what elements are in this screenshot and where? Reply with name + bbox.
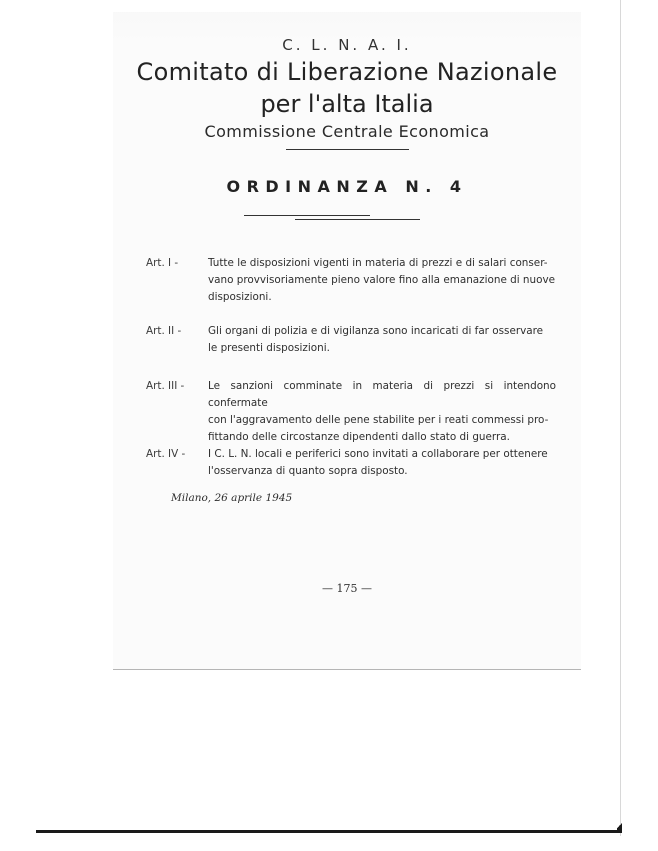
ordinance-divider-upper [244, 215, 370, 216]
scan-bottom-border [36, 830, 622, 833]
article-label: Art. II - [146, 323, 202, 340]
article-label: Art. I - [146, 255, 202, 272]
place-and-date: Milano, 26 aprile 1945 [171, 492, 292, 504]
article-line: con l'aggravamento delle pene stabilite … [208, 412, 556, 429]
commission-subtitle: Commissione Centrale Economica [113, 122, 581, 141]
article-line: le presenti disposizioni. [208, 340, 556, 357]
article-text: I C. L. N. locali e periferici sono invi… [208, 446, 556, 480]
article-4: Art. IV - I C. L. N. locali e periferici… [146, 446, 556, 480]
article-label: Art. IV - [146, 446, 202, 463]
article-label: Art. III - [146, 378, 202, 395]
organization-title-line-1: Comitato di Liberazione Nazionale [113, 58, 581, 86]
scan-background: C. L. N. A. I. Comitato di Liberazione N… [0, 0, 658, 851]
article-text: Gli organi di polizia e di vigilanza son… [208, 323, 556, 357]
article-line: vano provvisoriamente pieno valore fino … [208, 272, 556, 289]
organization-title-line-2: per l'alta Italia [113, 90, 581, 118]
document-page: C. L. N. A. I. Comitato di Liberazione N… [113, 12, 581, 670]
article-line: Gli organi di polizia e di vigilanza son… [208, 323, 556, 340]
article-2: Art. II - Gli organi di polizia e di vig… [146, 323, 556, 357]
article-line: fittando delle circostanze dipendenti da… [208, 429, 556, 446]
page-number: — 175 — [113, 582, 581, 595]
header-divider [286, 149, 409, 150]
article-1: Art. I - Tutte le disposizioni vigenti i… [146, 255, 556, 306]
ordinance-title: ORDINANZA N. 4 [113, 177, 581, 196]
ordinance-divider-lower [295, 219, 420, 220]
article-line: I C. L. N. locali e periferici sono invi… [208, 446, 556, 463]
article-line: Tutte le disposizioni vigenti in materia… [208, 255, 556, 272]
scan-right-edge [620, 0, 621, 836]
organization-acronym: C. L. N. A. I. [113, 36, 581, 54]
article-text: Tutte le disposizioni vigenti in materia… [208, 255, 556, 306]
article-3: Art. III - Le sanzioni comminate in mate… [146, 378, 556, 446]
scan-corner-shadow [617, 818, 622, 833]
article-text: Le sanzioni comminate in materia di prez… [208, 378, 556, 446]
article-line: Le sanzioni comminate in materia di prez… [208, 378, 556, 412]
article-line: disposizioni. [208, 289, 556, 306]
article-line: l'osservanza di quanto sopra disposto. [208, 463, 556, 480]
